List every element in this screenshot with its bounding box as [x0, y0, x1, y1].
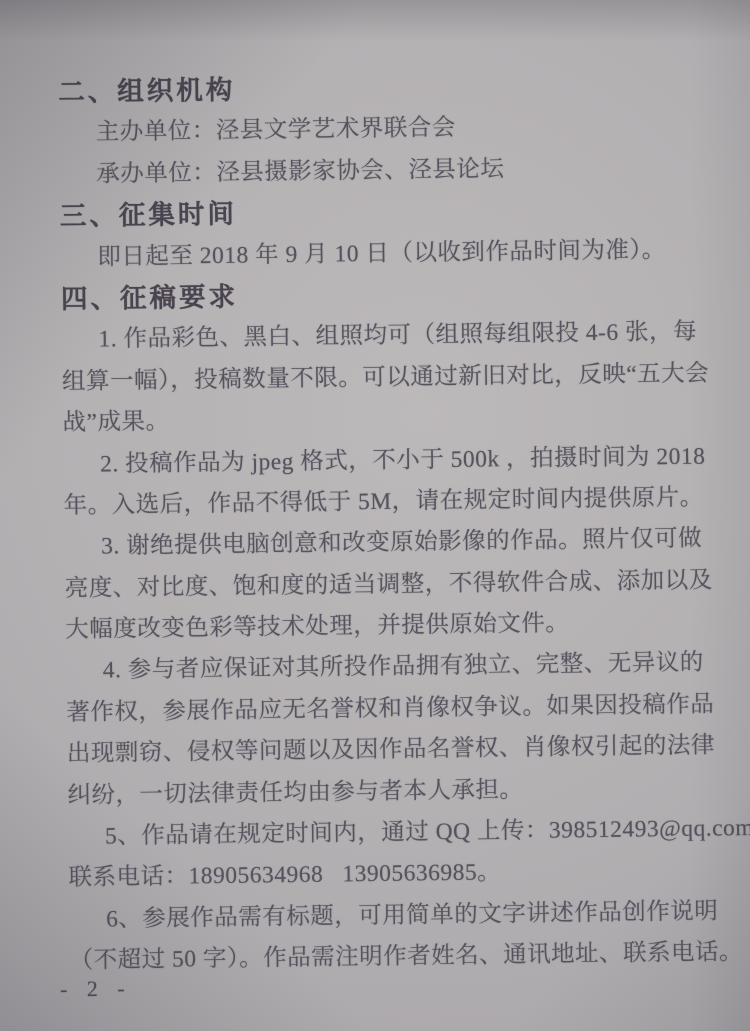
document-text-block: 二、组织机构 主办单位：泾县文学艺术界联合会 承办单位：泾县摄影家协会、泾县论坛…: [58, 64, 718, 983]
doc-line: （不超过 50 字）。作品需注明作者姓名、通讯地址、联系电话。: [69, 933, 717, 983]
doc-line: 出现剽窃、侵权等问题以及因作品名誉权、肖像权引起的法律: [67, 726, 715, 776]
doc-line: 亮度、对比度、饱和度的适当调整，不得软件合成、添加以及: [65, 560, 713, 610]
doc-line: 即日起至 2018 年 9 月 10 日（以收到作品时间为准）。: [60, 229, 708, 279]
page-number: - 2 -: [60, 976, 132, 1003]
doc-line: 组算一幅），投稿数量不限。可以通过新旧对比，反映“五大会: [62, 353, 710, 403]
document-photo: 二、组织机构 主办单位：泾县文学艺术界联合会 承办单位：泾县摄影家协会、泾县论坛…: [0, 0, 750, 1031]
